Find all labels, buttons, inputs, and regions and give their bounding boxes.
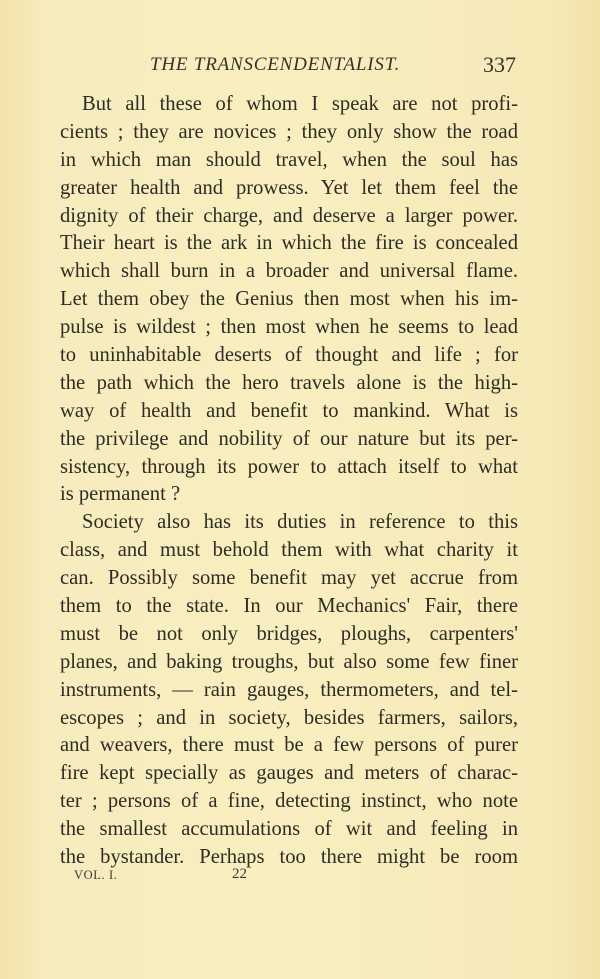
page-header: THE TRANSCENDENTALIST. 337 — [150, 54, 516, 84]
text-line: instruments, — rain gauges, thermometers… — [60, 677, 518, 705]
paragraph-2: Society also has its duties in reference… — [60, 509, 518, 872]
text-line: must be not only bridges, ploughs, carpe… — [60, 621, 518, 649]
text-line: sistency, through its power to attach it… — [60, 454, 518, 482]
book-page: THE TRANSCENDENTALIST. 337 But all these… — [0, 0, 600, 979]
text-line: way of health and benefit to mankind. Wh… — [60, 398, 518, 426]
text-line: cients ; they are novices ; they only sh… — [60, 119, 518, 147]
text-line: class, and must behold them with what ch… — [60, 537, 518, 565]
text-line: escopes ; and in society, besides farmer… — [60, 705, 518, 733]
paragraph-1: But all these of whom I speak are not pr… — [60, 91, 518, 509]
text-line: greater health and prowess. Yet let them… — [60, 175, 518, 203]
text-line: dignity of their charge, and deserve a l… — [60, 203, 518, 231]
text-line: Society also has its duties in reference… — [60, 509, 518, 537]
page-number: 337 — [483, 52, 516, 78]
signature-volume: VOL. I. — [74, 868, 117, 883]
text-line: the privilege and nobility of our nature… — [60, 426, 518, 454]
text-line: the smallest accumulations of wit and fe… — [60, 816, 518, 844]
page-footer: VOL. I. 22 — [74, 868, 374, 888]
text-line: fire kept specially as gauges and meters… — [60, 760, 518, 788]
text-line: planes, and baking troughs, but also som… — [60, 649, 518, 677]
text-line: is permanent ? — [60, 481, 518, 509]
text-line: to uninhabitable deserts of thought and … — [60, 342, 518, 370]
signature-number: 22 — [232, 866, 247, 883]
text-line: ter ; persons of a fine, detecting insti… — [60, 788, 518, 816]
text-line: pulse is wildest ; then most when he see… — [60, 314, 518, 342]
body-text: But all these of whom I speak are not pr… — [60, 91, 518, 872]
text-line: But all these of whom I speak are not pr… — [60, 91, 518, 119]
text-line: Their heart is the ark in which the fire… — [60, 230, 518, 258]
text-line: them to the state. In our Mechanics' Fai… — [60, 593, 518, 621]
text-line: which shall burn in a broader and univer… — [60, 258, 518, 286]
running-title: THE TRANSCENDENTALIST. — [150, 54, 400, 76]
text-line: and weavers, there must be a few persons… — [60, 732, 518, 760]
text-line: can. Possibly some benefit may yet accru… — [60, 565, 518, 593]
text-line: in which man should travel, when the sou… — [60, 147, 518, 175]
text-line: Let them obey the Genius then most when … — [60, 286, 518, 314]
text-line: the path which the hero travels alone is… — [60, 370, 518, 398]
